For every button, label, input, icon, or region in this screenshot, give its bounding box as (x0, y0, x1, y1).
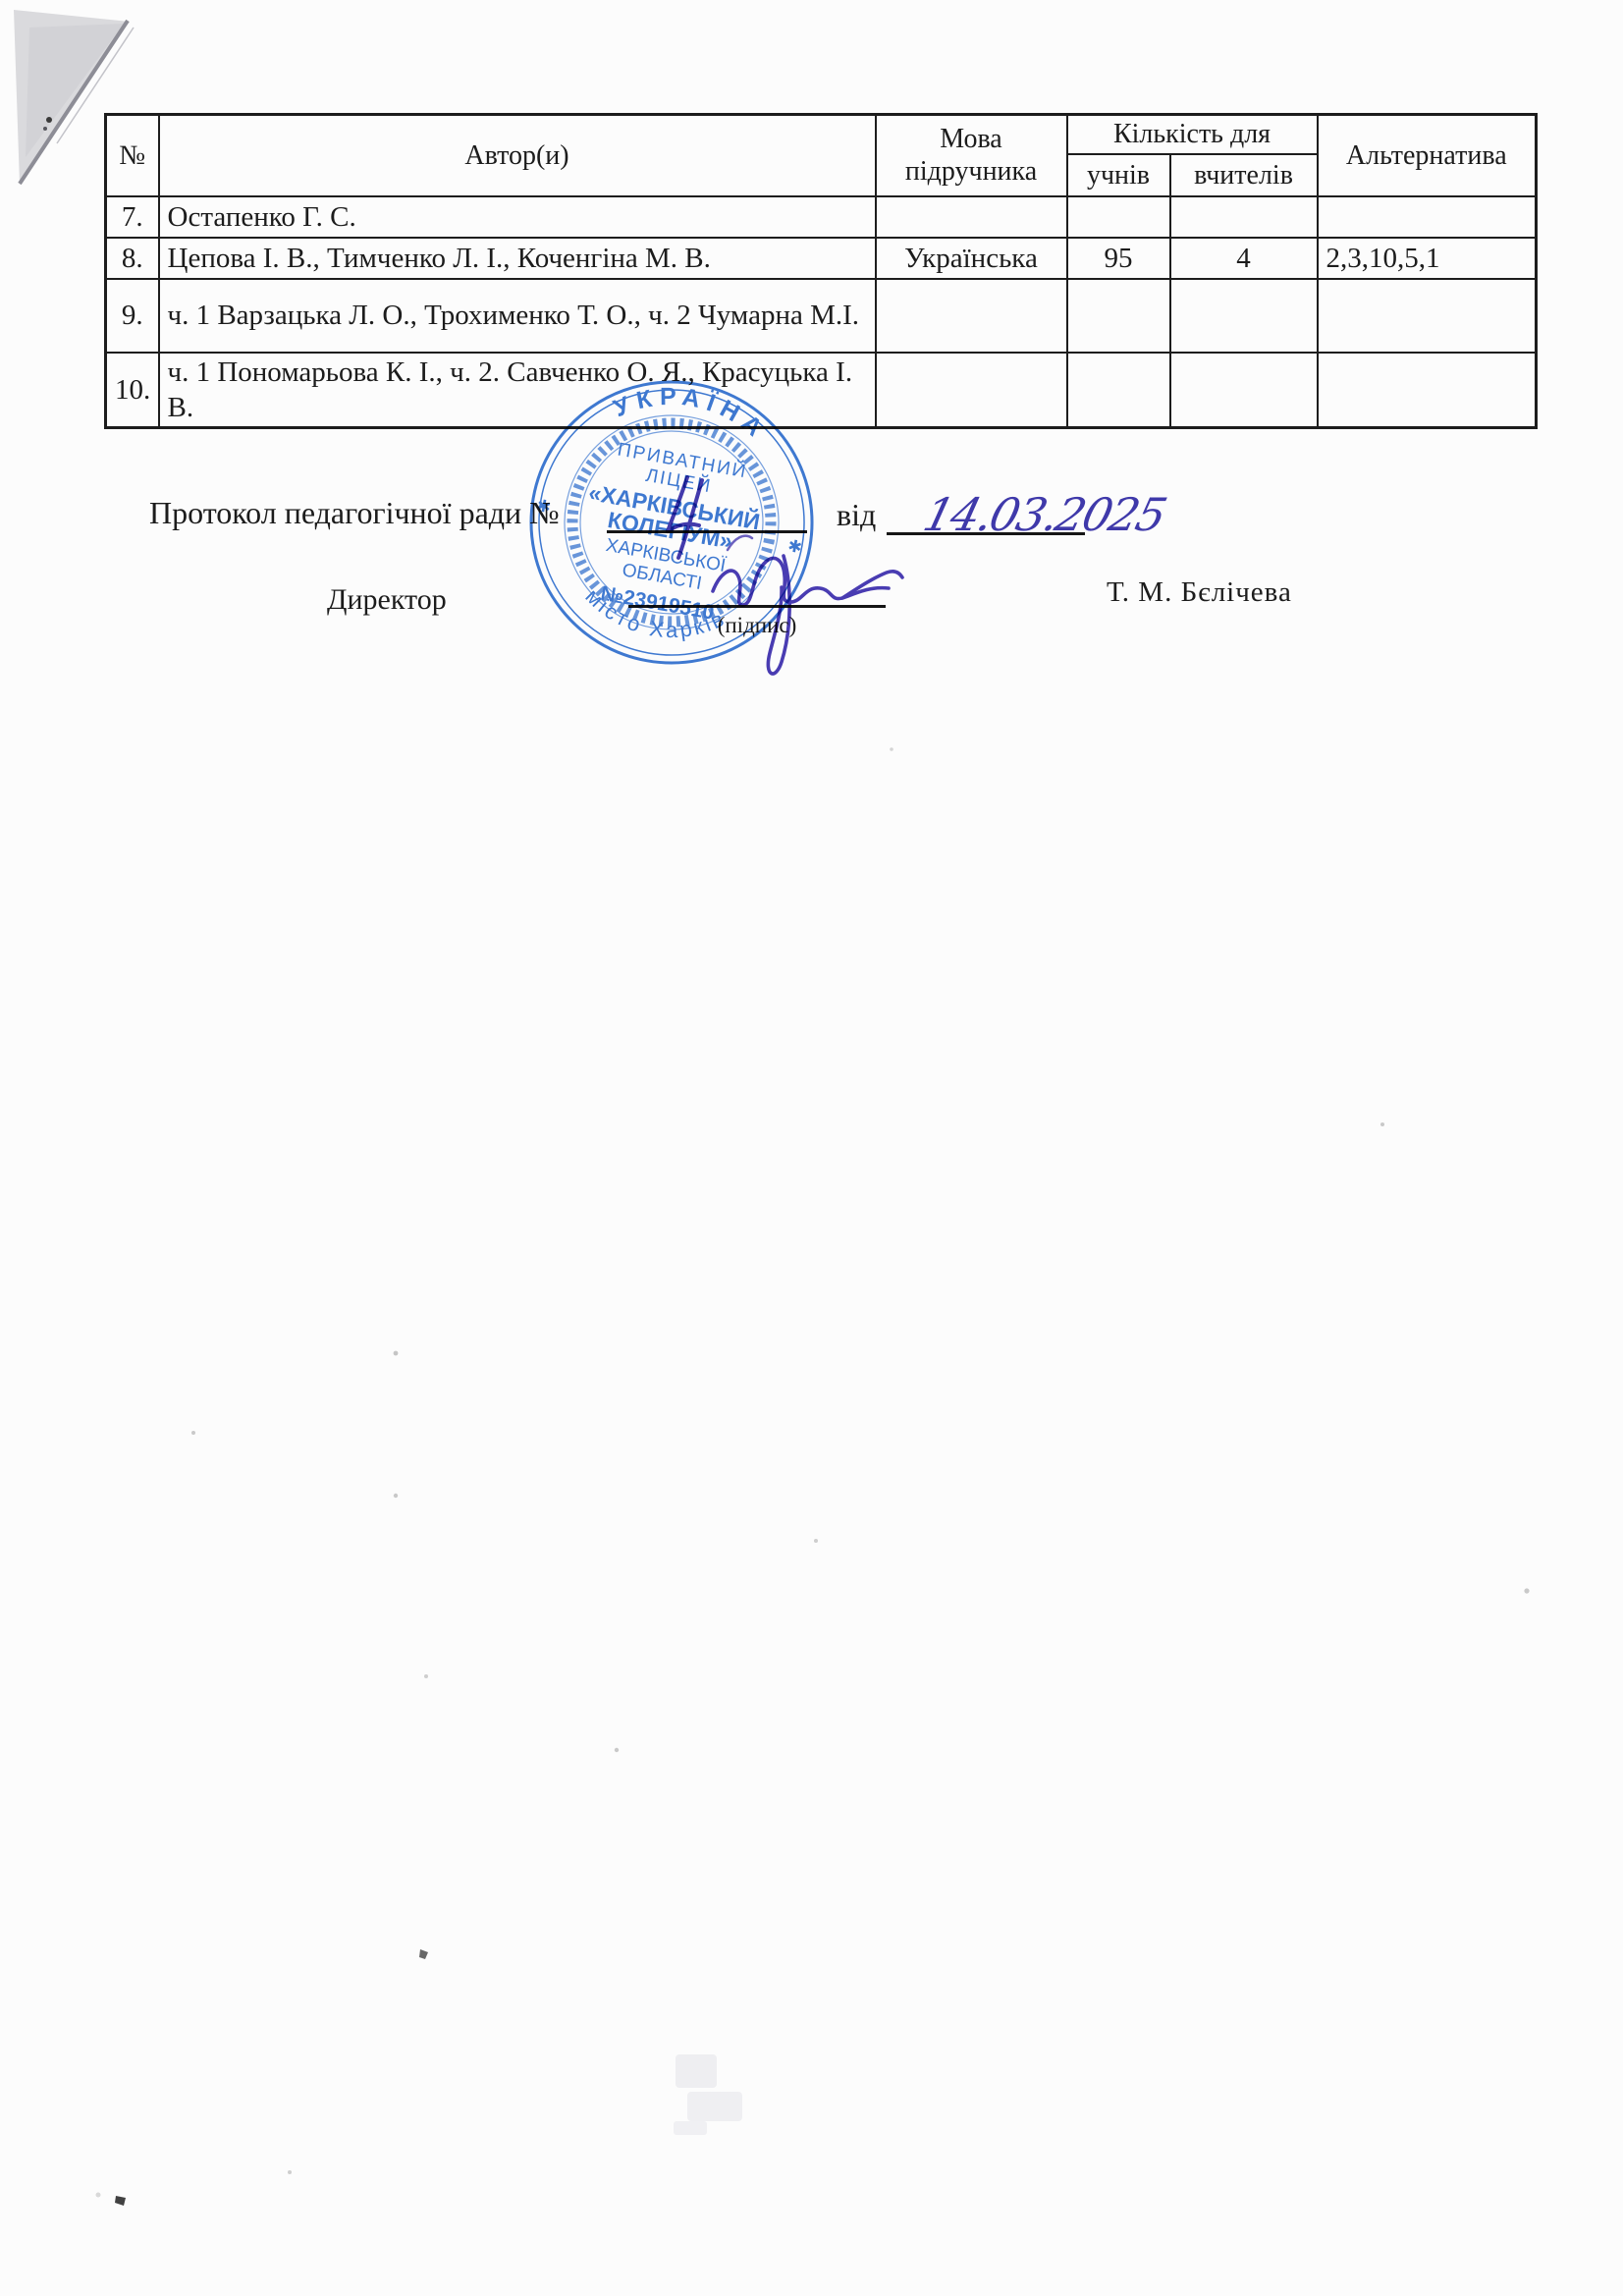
cell-num: 10. (106, 353, 159, 428)
director-name: Т. М. Бєлічева (1107, 576, 1292, 609)
cell-num: 8. (106, 238, 159, 279)
protocol-date-line (887, 532, 1085, 535)
table-row: 9. ч. 1 Варзацька Л. О., Трохименко Т. О… (106, 279, 1537, 353)
stamp-star-left: ✱ (535, 496, 552, 517)
cell-students: 95 (1067, 238, 1170, 279)
cell-alternative (1318, 353, 1537, 428)
header-language: Мова підручника (876, 115, 1067, 196)
cell-authors: Цепова І. В., Тимченко Л. І., Коченгіна … (159, 238, 876, 279)
cell-alternative (1318, 196, 1537, 238)
header-authors: Автор(и) (159, 115, 876, 196)
round-stamp: УКРАЇНА місто Харків ✱ ✱ ПРИВАТНИЙ ЛІЦЕЙ… (505, 355, 839, 689)
cell-language: Українська (876, 238, 1067, 279)
cell-language (876, 279, 1067, 353)
cell-alternative: 2,3,10,5,1 (1318, 238, 1537, 279)
header-teachers: вчителів (1170, 154, 1318, 196)
protocol-line-label: Протокол педагогічної ради № (149, 495, 560, 531)
cell-teachers (1170, 279, 1318, 353)
cell-authors: ч. 1 Варзацька Л. О., Трохименко Т. О., … (159, 279, 876, 353)
header-quantity-group: Кількість для (1067, 115, 1318, 154)
table-row: 7. Остапенко Г. С. (106, 196, 1537, 238)
cell-authors: Остапенко Г. С. (159, 196, 876, 238)
cell-alternative (1318, 279, 1537, 353)
cell-language (876, 353, 1067, 428)
table-header: № Автор(и) Мова підручника Кількість для… (106, 115, 1537, 196)
cell-language (876, 196, 1067, 238)
header-students: учнів (1067, 154, 1170, 196)
director-label: Директор (327, 583, 447, 617)
cell-students (1067, 196, 1170, 238)
cell-teachers (1170, 353, 1318, 428)
cell-teachers: 4 (1170, 238, 1318, 279)
cell-num: 9. (106, 279, 159, 353)
scan-specks (96, 747, 1530, 2206)
page-corner-fold (0, 0, 226, 226)
protocol-from-label: від (837, 497, 876, 533)
cell-students (1067, 353, 1170, 428)
header-alternative: Альтернатива (1318, 115, 1537, 196)
scanned-document-page: № Автор(и) Мова підручника Кількість для… (0, 0, 1623, 2296)
cell-students (1067, 279, 1170, 353)
table-row: 8. Цепова І. В., Тимченко Л. І., Коченгі… (106, 238, 1537, 279)
cell-teachers (1170, 196, 1318, 238)
